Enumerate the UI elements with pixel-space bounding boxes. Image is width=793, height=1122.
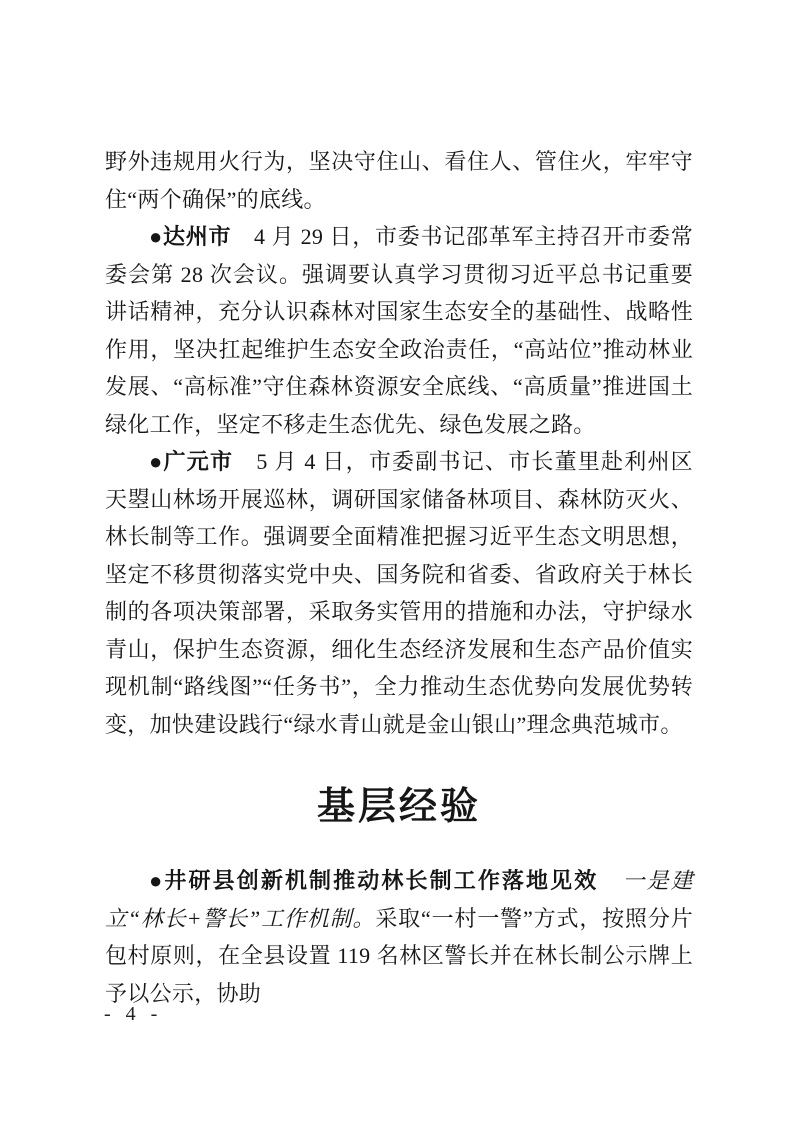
bullet-item-title: ●井研县创新机制推动林长制工作落地见效 [149,868,598,893]
section-heading-grassroots-experience: 基层经验 [105,779,693,835]
bullet-city-name-dazhou: ●达州市 [149,224,231,249]
text-column: 野外违规用火行为，坚决守住山、看住人、管住火，牢牢守住“两个确保”的底线。 ●达… [105,143,693,1012]
paragraph-text: 4 月 29 日，市委书记邵革军主持召开市委常委会第 28 次会议。强调要认真学… [105,224,693,437]
page-number: - 4 - [104,1003,162,1026]
bullet-city-name-guangyuan: ●广元市 [149,449,233,474]
paragraph-jingyan-county: ●井研县创新机制推动林长制工作落地见效 一是建立“林长+警长”工作机制。采取“一… [105,862,693,1012]
paragraph-fire-prevention-continuation: 野外违规用火行为，坚决守住山、看住人、管住火，牢牢守住“两个确保”的底线。 [105,143,693,218]
paragraph-text: 5 月 4 日，市委副书记、市长董里赴利州区天曌山林场开展巡林，调研国家储备林项… [105,449,693,737]
document-page: 野外违规用火行为，坚决守住山、看住人、管住火，牢牢守住“两个确保”的底线。 ●达… [0,0,793,1122]
paragraph-dazhou: ●达州市 4 月 29 日，市委书记邵革军主持召开市委常委会第 28 次会议。强… [105,218,693,443]
paragraph-text: 野外违规用火行为，坚决守住山、看住人、管住火，牢牢守住“两个确保”的底线。 [105,149,693,212]
paragraph-guangyuan: ●广元市 5 月 4 日，市委副书记、市长董里赴利州区天曌山林场开展巡林，调研国… [105,443,693,743]
